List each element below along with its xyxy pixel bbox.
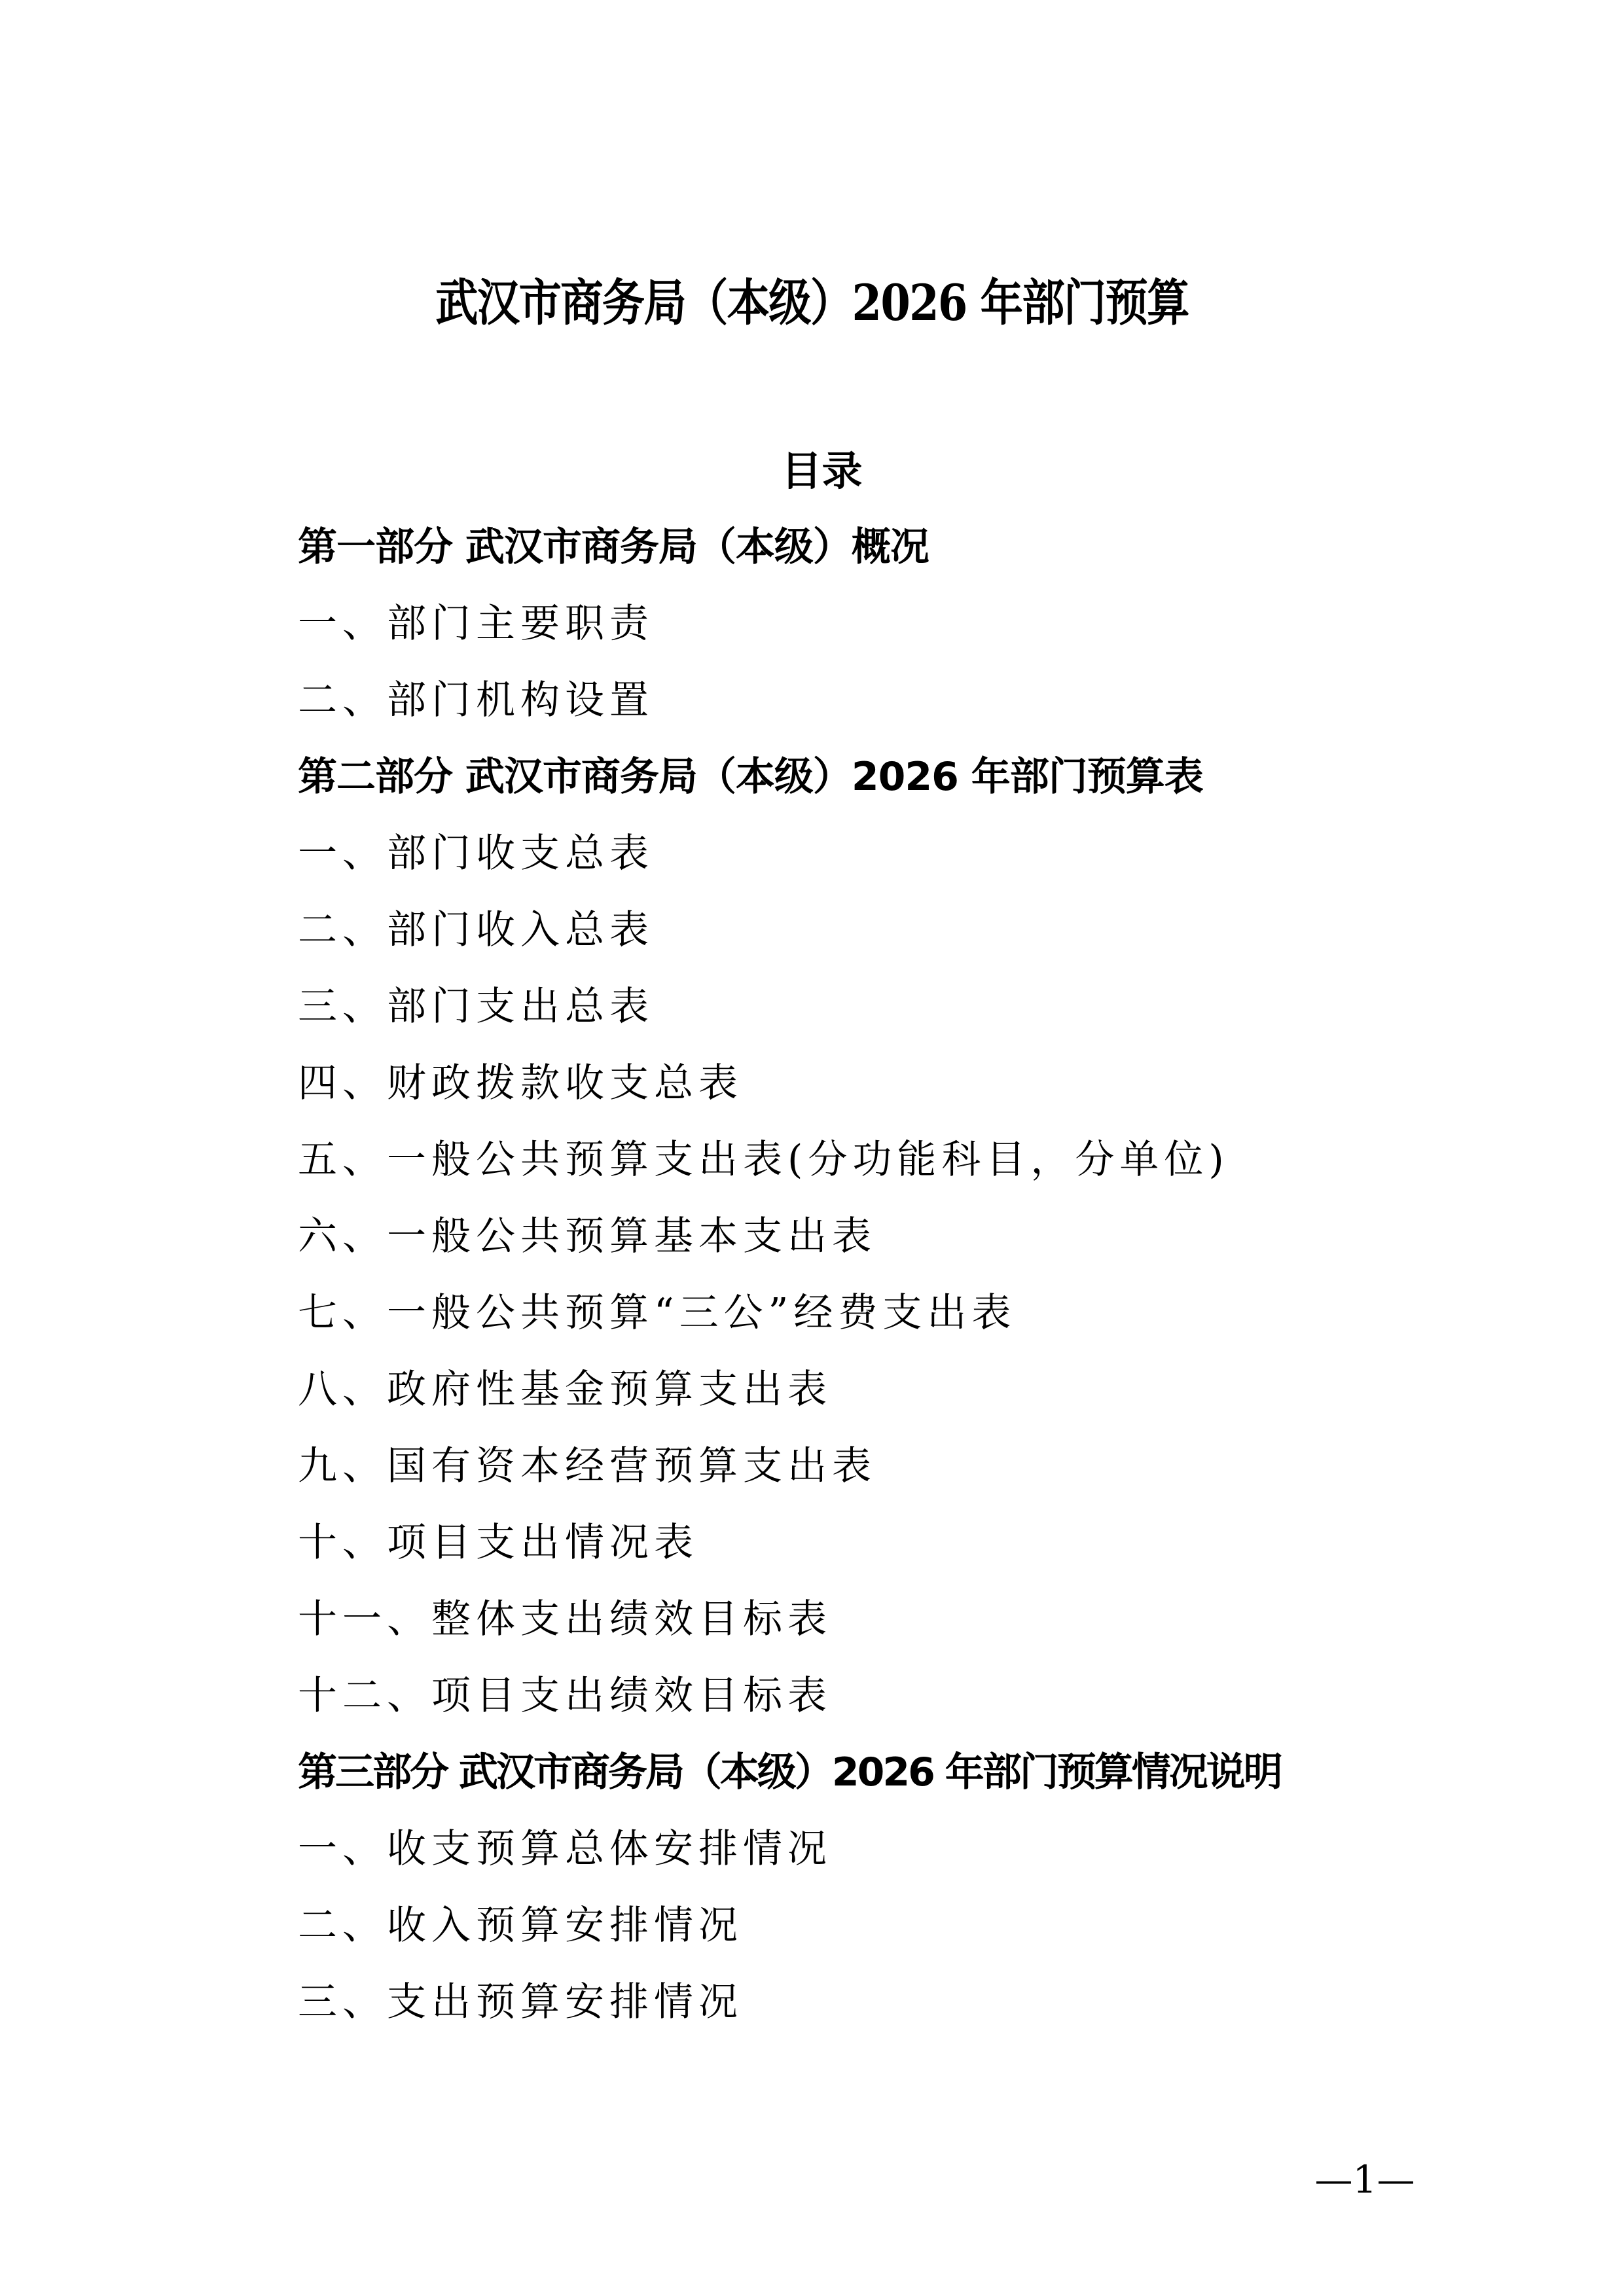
toc-item-fiscal-appropriation-summary[interactable]: 四、财政拨款收支总表 bbox=[298, 1050, 1542, 1127]
toc-item-project-expenditure[interactable]: 十、项目支出情况表 bbox=[298, 1510, 1542, 1587]
toc-heading: 目录 bbox=[0, 439, 1624, 504]
toc-item-expenditure-summary[interactable]: 三、部门支出总表 bbox=[298, 974, 1542, 1050]
toc-item-revenue-expenditure-summary[interactable]: 一、部门收支总表 bbox=[298, 821, 1542, 897]
document-title: 武汉市商务局（本级）2026 年部门预算 bbox=[114, 267, 1511, 339]
toc-part-1[interactable]: 第一部分 武汉市商务局（本级）概况 bbox=[298, 514, 1542, 591]
toc-item-main-responsibilities[interactable]: 一、部门主要职责 bbox=[298, 591, 1542, 668]
page-number: —1— bbox=[1309, 2153, 1420, 2206]
toc-item-organization-setup[interactable]: 二、部门机构设置 bbox=[298, 668, 1542, 744]
toc-item-general-public-budget-expenditure[interactable]: 五、一般公共预算支出表(分功能科目，分单位) bbox=[298, 1127, 1542, 1204]
document-page: 武汉市商务局（本级）2026 年部门预算 目录 第一部分 武汉市商务局（本级）概… bbox=[0, 0, 1624, 2296]
toc-item-revenue-summary[interactable]: 二、部门收入总表 bbox=[298, 897, 1542, 974]
toc-item-overall-performance-goals[interactable]: 十一、整体支出绩效目标表 bbox=[298, 1587, 1542, 1663]
toc-item-project-performance-goals[interactable]: 十二、项目支出绩效目标表 bbox=[298, 1663, 1542, 1740]
toc-part-3[interactable]: 第三部分 武汉市商务局（本级）2026 年部门预算情况说明 bbox=[298, 1740, 1542, 1816]
table-of-contents: 第一部分 武汉市商务局（本级）概况 一、部门主要职责 二、部门机构设置 第二部分… bbox=[298, 514, 1542, 2046]
toc-item-government-fund-budget[interactable]: 八、政府性基金预算支出表 bbox=[298, 1357, 1542, 1433]
toc-item-overall-budget-arrangement[interactable]: 一、收支预算总体安排情况 bbox=[298, 1816, 1542, 1893]
toc-item-state-capital-budget[interactable]: 九、国有资本经营预算支出表 bbox=[298, 1433, 1542, 1510]
toc-item-expenditure-budget-arrangement[interactable]: 三、支出预算安排情况 bbox=[298, 1969, 1542, 2046]
toc-part-2[interactable]: 第二部分 武汉市商务局（本级）2026 年部门预算表 bbox=[298, 744, 1542, 821]
toc-item-general-public-basic-expenditure[interactable]: 六、一般公共预算基本支出表 bbox=[298, 1204, 1542, 1280]
toc-item-three-public-expenses[interactable]: 七、一般公共预算“三公”经费支出表 bbox=[298, 1280, 1542, 1357]
toc-item-revenue-budget-arrangement[interactable]: 二、收入预算安排情况 bbox=[298, 1893, 1542, 1969]
